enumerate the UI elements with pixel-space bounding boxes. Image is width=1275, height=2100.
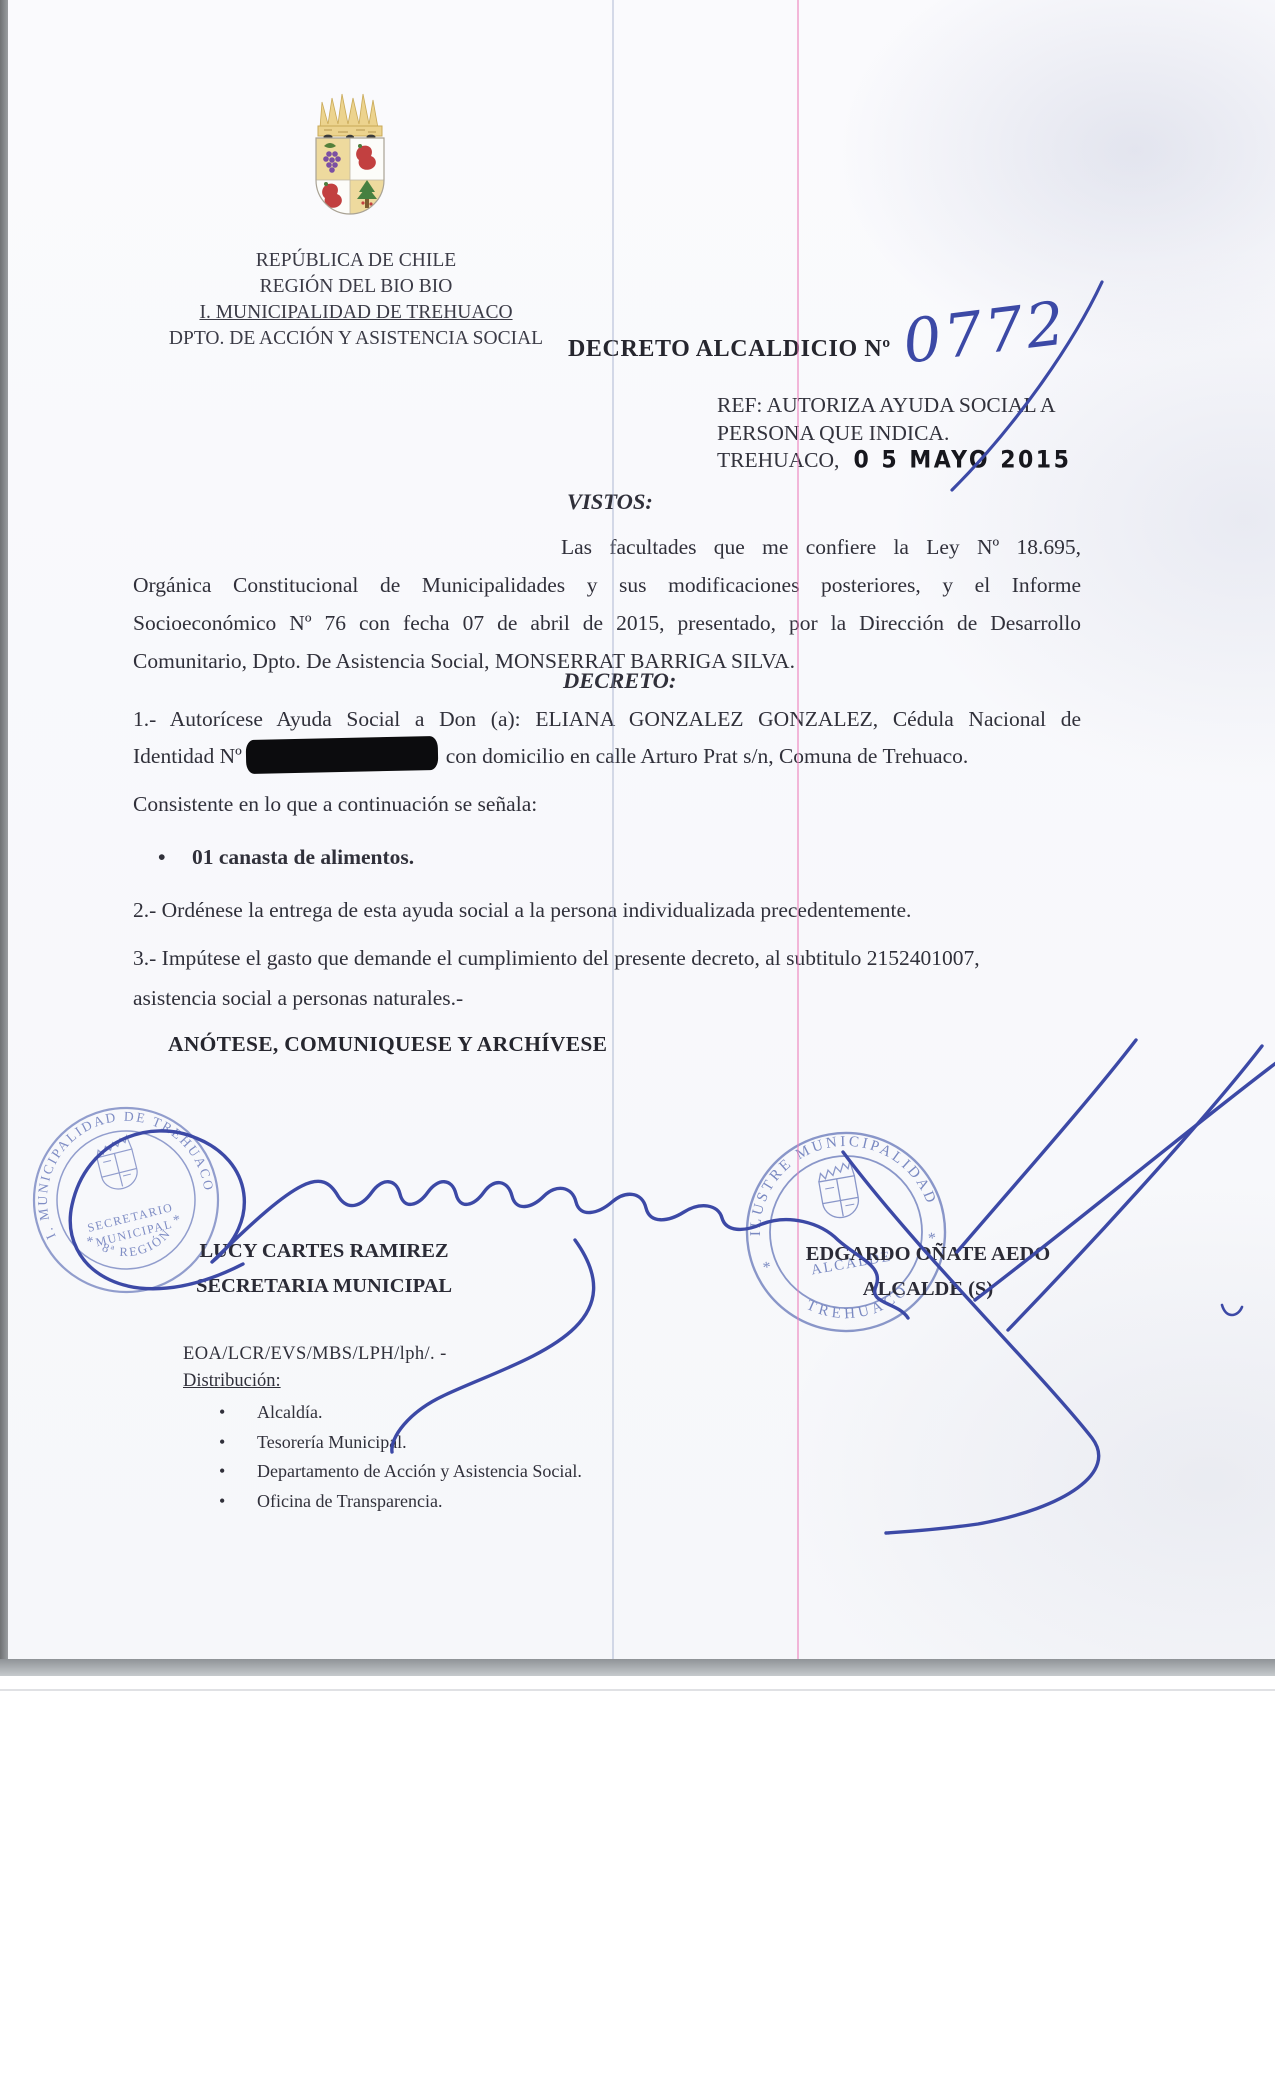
decree-number-title: DECRETO ALCALDICIO Nº bbox=[568, 336, 891, 363]
ref-line-1: REF: AUTORIZA AYUDA SOCIAL A bbox=[717, 392, 1071, 420]
mayor-stamp: ILUSTRE MUNICIPALIDAD TREHUACO * * ALCAL… bbox=[723, 1109, 969, 1355]
mayor-title: ALCALDE (S) bbox=[772, 1272, 1084, 1307]
distribution-item-label: Tesorería Municipal. bbox=[257, 1432, 407, 1452]
decree-item-1-line-2: Identidad Nºcon domicilio en calle Artur… bbox=[133, 738, 1081, 775]
municipal-coat-of-arms bbox=[308, 84, 396, 226]
mayor-signature-block: EDGARDO OÑATE AEDO ALCALDE (S) bbox=[772, 1237, 1084, 1307]
bullet-icon: • bbox=[158, 845, 192, 870]
decree-item-1-line-1: 1.- Autorícese Ayuda Social a Don (a): E… bbox=[133, 701, 1081, 738]
decreto-label: DECRETO: bbox=[563, 668, 676, 694]
distribution-item: •Oficina de Transparencia. bbox=[219, 1487, 582, 1517]
vistos-line: Orgánica Constitucional de Municipalidad… bbox=[133, 566, 1081, 604]
distribution-item-label: Oficina de Transparencia. bbox=[257, 1491, 442, 1511]
vistos-paragraph: Las facultades que me confiere la Ley Nº… bbox=[133, 528, 1081, 680]
scan-bottom-hairline bbox=[0, 1689, 1275, 1691]
vistos-line: Las facultades que me confiere la Ley Nº… bbox=[133, 528, 1081, 566]
scan-fold-line bbox=[612, 0, 614, 1659]
letterhead-line-republic: REPÚBLICA DE CHILE bbox=[140, 248, 572, 274]
distribution-item: •Alcaldía. bbox=[219, 1398, 582, 1428]
consistente-line: Consistente en lo que a continuación se … bbox=[133, 792, 1081, 817]
decree-item-3-line-2: asistencia social a personas naturales.- bbox=[133, 978, 1081, 1018]
secretary-name: LUCY CARTES RAMIREZ bbox=[168, 1234, 480, 1269]
distribution-list: •Alcaldía. •Tesorería Municipal. •Depart… bbox=[219, 1398, 582, 1516]
secretary-signature-block: LUCY CARTES RAMIREZ SECRETARIA MUNICIPAL bbox=[168, 1234, 480, 1304]
letterhead-line-region: REGIÓN DEL BIO BIO bbox=[140, 274, 572, 300]
scanned-decree-document: REPÚBLICA DE CHILE REGIÓN DEL BIO BIO I.… bbox=[0, 0, 1275, 2100]
redaction-box bbox=[245, 736, 438, 774]
distribution-item: •Departamento de Acción y Asistencia Soc… bbox=[219, 1457, 582, 1487]
initials-line: EOA/LCR/EVS/MBS/LPH/lph/. - bbox=[183, 1344, 447, 1365]
vistos-line: Socioeconómico Nº 76 con fecha 07 de abr… bbox=[133, 604, 1081, 642]
stamp-star-icon: * bbox=[762, 1259, 773, 1277]
decree-item-2: 2.- Ordénese la entrega de esta ayuda so… bbox=[133, 898, 1081, 923]
ref-place: TREHUACO, bbox=[717, 448, 839, 472]
distribution-item-label: Departamento de Acción y Asistencia Soci… bbox=[257, 1461, 582, 1481]
identity-label: Identidad Nº bbox=[133, 744, 242, 768]
letterhead: REPÚBLICA DE CHILE REGIÓN DEL BIO BIO I.… bbox=[140, 248, 572, 352]
letterhead-line-municipality: I. MUNICIPALIDAD DE TREHUACO bbox=[140, 300, 572, 326]
domicile-text: con domicilio en calle Arturo Prat s/n, … bbox=[446, 744, 968, 768]
aid-item-label: 01 canasta de alimentos. bbox=[192, 845, 414, 869]
scan-bottom-shadow bbox=[0, 1659, 1275, 1676]
decree-item-1: 1.- Autorícese Ayuda Social a Don (a): E… bbox=[133, 701, 1081, 775]
aid-bullet-item: •01 canasta de alimentos. bbox=[158, 845, 414, 870]
stamp-shield-icon bbox=[94, 1135, 141, 1192]
stamp-coat-of-arms-icon bbox=[816, 1161, 861, 1220]
bullet-icon: • bbox=[219, 1428, 257, 1458]
date-stamp: 0 5 MAYO 2015 bbox=[853, 446, 1071, 476]
decree-item-3-line-1: 3.- Impútese el gasto que demande el cum… bbox=[133, 938, 1081, 978]
bullet-icon: • bbox=[219, 1398, 257, 1428]
decree-item-3: 3.- Impútese el gasto que demande el cum… bbox=[133, 938, 1081, 1018]
distribution-item-label: Alcaldía. bbox=[257, 1402, 322, 1422]
scan-pink-line bbox=[797, 0, 799, 1676]
distribution-item: •Tesorería Municipal. bbox=[219, 1428, 582, 1458]
ref-block: REF: AUTORIZA AYUDA SOCIAL A PERSONA QUE… bbox=[717, 392, 1071, 475]
crown-icon bbox=[318, 94, 382, 136]
mayor-name: EDGARDO OÑATE AEDO bbox=[772, 1237, 1084, 1272]
distribution-label: Distribución: bbox=[183, 1371, 281, 1392]
secretary-title: SECRETARIA MUNICIPAL bbox=[168, 1269, 480, 1304]
scan-left-edge bbox=[0, 0, 8, 1659]
bullet-icon: • bbox=[219, 1487, 257, 1517]
letterhead-line-department: DPTO. DE ACCIÓN Y ASISTENCIA SOCIAL bbox=[140, 326, 572, 352]
bullet-icon: • bbox=[219, 1457, 257, 1487]
closing-formula: ANÓTESE, COMUNIQUESE Y ARCHÍVESE bbox=[168, 1032, 607, 1057]
vistos-label: VISTOS: bbox=[567, 489, 653, 515]
ref-line-2: PERSONA QUE INDICA. bbox=[717, 420, 1071, 448]
